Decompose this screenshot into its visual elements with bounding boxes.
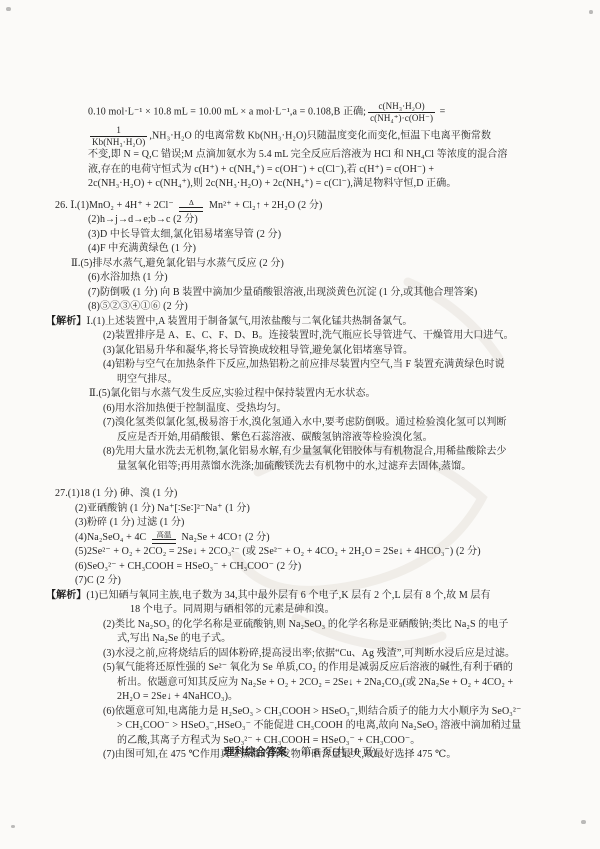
text-line: Ⅱ.(5)排尽水蒸气,避免氯化铝与水蒸气反应 (2 分): [0, 257, 600, 272]
text-line: (2)类比 Na₂SO₃ 的化学名称是亚硫酸钠,则 Na₂SeO₃ 的化学名称是…: [0, 618, 600, 633]
text-line: (8)⑤②③④①⑥ (2 分): [0, 300, 600, 315]
answer-sheet-page: 0.10 mol·L⁻¹ × 10.8 mL = 10.00 mL × a mo…: [0, 0, 600, 849]
text-line: 液,存在的电荷守恒式为 c(H⁺) + c(NH₄⁺) = c(OH⁻) + c…: [0, 163, 600, 178]
text-line: (3)氯化铝易升华和凝华,将长导管换成较粗导管,避免氯化铝堵塞导管。: [0, 344, 600, 359]
text-line: 27.(1)18 (1 分) 砷、溴 (1 分): [0, 487, 600, 502]
text-line: (5)氧气能将还原性强的 Se²⁻ 氧化为 Se 单质,CO₂ 的作用是减弱反应…: [0, 661, 600, 676]
page-footer: 理科综合答案第 6 页(共 10 页): [0, 744, 600, 759]
fraction: 1Kb(NH₃·H₂O): [90, 125, 147, 147]
text-line: 式,写出 Na₂Se 的电子式。: [0, 632, 600, 647]
text-line: > CH₃COO⁻ > HSeO₃⁻,HSeO₃⁻ 不能促进 CH₃COOH 的…: [0, 719, 600, 734]
text-line: 不变,即 N = Q,C 错误;M 点滴加氨水为 5.4 mL 完全反应后溶液为…: [0, 148, 600, 163]
text-line: 反应是否开始,用硝酸银、紫色石蕊溶液、碳酸氢钠溶液等检验溴化氢。: [0, 431, 600, 446]
text-line: (4)Na₂SeO₄ + 4C 高温 Na₂Se + 4CO↑ (2 分): [0, 531, 600, 546]
text-line: (6)用水浴加热便于控制温度、受热均匀。: [0, 402, 600, 417]
text-line: Ⅱ.(5)氯化铝与水蒸气发生反应,实验过程中保持装置内无水状态。: [0, 387, 600, 402]
text-line: 1Kb(NH₃·H₂O),NH₃·H₂O 的电离常数 Kb(NH₃·H₂O)只随…: [0, 124, 600, 148]
text-line: (5)2Se²⁻ + O₂ + 2CO₂ = 2Se↓ + 2CO₃²⁻ (或 …: [0, 545, 600, 560]
answer-content: 0.10 mol·L⁻¹ × 10.8 mL = 10.00 mL × a mo…: [0, 100, 600, 763]
text-line: 2H₂O = 2Se↓ + 4NaHCO₃)。: [0, 690, 600, 705]
text-line: (8)先用大量水洗去无机物,氯化铝易水解,有少量氢氧化铝胶体与有机物混合,用稀盐…: [0, 445, 600, 460]
text-line: 【解析】(1)已知硒与氧同主族,电子数为 34,其中最外层有 6 个电子,K 层…: [0, 589, 600, 604]
reaction-condition-equals: 高温: [152, 531, 176, 544]
scan-artifact: [581, 820, 586, 824]
text-line: (3)D 中长导管太细,氯化铝易堵塞导管 (2 分): [0, 228, 600, 243]
text-line: (6)SeO₃²⁻ + CH₃COOH = HSeO₃⁻ + CH₃COO⁻ (…: [0, 560, 600, 575]
text-line: (2)h→j→d→e;b→c (2 分): [0, 213, 600, 228]
text-line: 26. Ⅰ.(1)MnO₂ + 4H⁺ + 2Cl⁻ Δ Mn²⁺ + Cl₂↑…: [0, 199, 600, 214]
text-line: 量氢氧化铝等;再用蒸馏水洗涤;加硫酸镁洗去有机物中的水,过滤弃去固体,蒸馏。: [0, 460, 600, 475]
fraction: c(NH₃·H₂O)c(NH₄⁺)·c(OH⁻): [368, 101, 435, 123]
text-line: 明空气排尽。: [0, 373, 600, 388]
footer-title: 理科综合答案: [224, 747, 287, 758]
text-line: (4)F 中充满黄绿色 (1 分): [0, 242, 600, 257]
scan-artifact: [6, 7, 11, 11]
text-line: (7)C (2 分): [0, 574, 600, 589]
text-line: 0.10 mol·L⁻¹ × 10.8 mL = 10.00 mL × a mo…: [0, 100, 600, 124]
text-line: (7)溴化氢类似氯化氢,极易溶于水,溴化氢通入水中,要考虑防倒吸。通过检验溴化氢…: [0, 416, 600, 431]
text-line: (2)装置排序是 A、E、C、F、D、B。连接装置时,洗气瓶应长导管进气、干燥管…: [0, 329, 600, 344]
scan-artifact: [11, 825, 15, 828]
reaction-condition-equals: Δ: [179, 199, 203, 212]
text-line: (6)水浴加热 (1 分): [0, 271, 600, 286]
text-line: (7)防倒吸 (1 分) 向 B 装置中滴加少量硝酸银溶液,出现淡黄色沉淀 (1…: [0, 286, 600, 301]
text-line: (6)依题意可知,电离能力是 H₂SeO₃ > CH₃COOH > HSeO₃⁻…: [0, 705, 600, 720]
text-line: 2c(NH₃·H₂O) + c(NH₄⁺),则 2c(NH₃·H₂O) + 2c…: [0, 177, 600, 192]
text-line: 18 个电子。同周期与硒相邻的元素是砷和溴。: [0, 603, 600, 618]
text-line: (3)水浸之前,应将烧结后的固体粉碎,提高浸出率;依据“Cu、Ag 残渣”,可判…: [0, 647, 600, 662]
footer-page-number: 第 6 页(共 10 页): [301, 747, 376, 758]
text-line: (3)粉碎 (1 分) 过滤 (1 分): [0, 516, 600, 531]
text-line: (2)亚硒酸钠 (1 分) Na⁺[∶Se∶]²⁻Na⁺ (1 分): [0, 502, 600, 517]
text-line: (4)铝粉与空气在加热条件下反应,加热铝粉之前应排尽装置内空气,当 F 装置充满…: [0, 358, 600, 373]
text-line: 析出。依题意可知其反应为 Na₂Se + O₂ + 2CO₂ = 2Se↓ + …: [0, 676, 600, 691]
scan-artifact: [589, 10, 593, 14]
text-line: 【解析】Ⅰ.(1)上述装置中,A 装置用于制备氯气,用浓盐酸与二氧化锰共热制备氯…: [0, 315, 600, 330]
